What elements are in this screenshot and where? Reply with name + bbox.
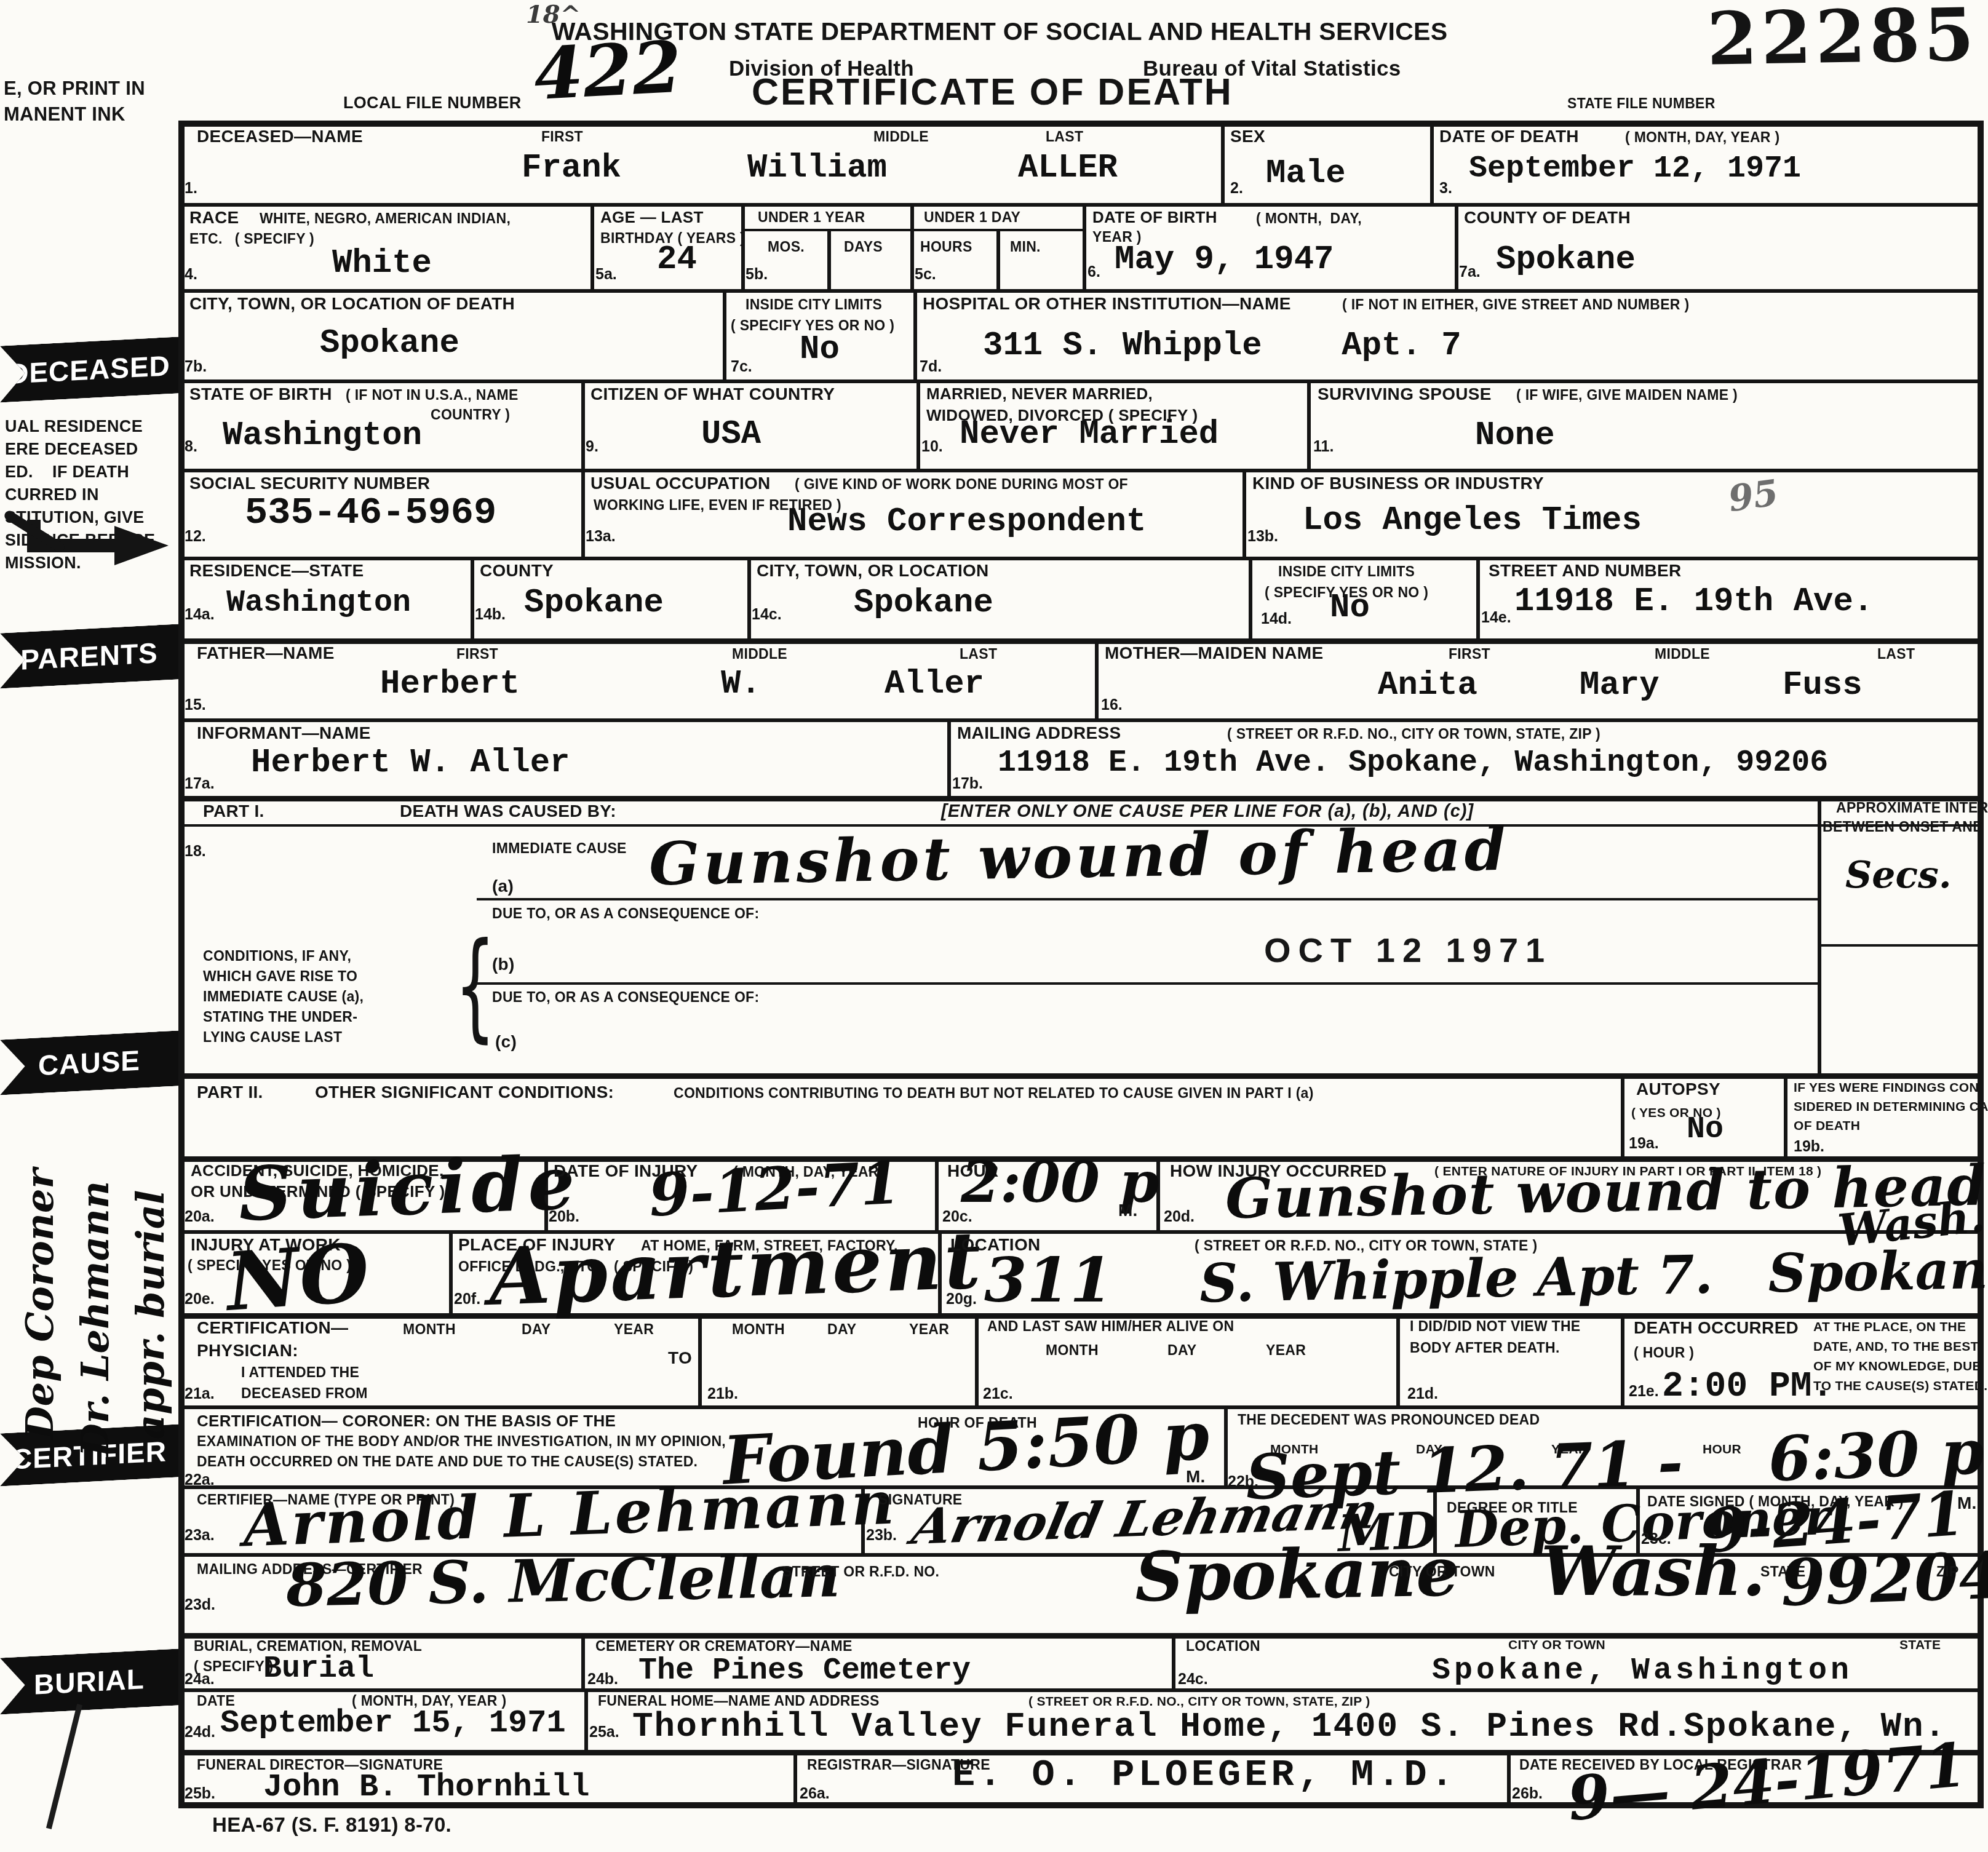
- item-14a-number: 14a.: [185, 606, 215, 624]
- business-scribble: 95: [1726, 472, 1781, 520]
- state-of-birth-paren-2: COUNTRY ): [431, 407, 510, 423]
- father-middle-label: MIDDLE: [732, 646, 787, 662]
- viewed-body-label-2: BODY AFTER DEATH.: [1410, 1340, 1560, 1356]
- due-to-label-2: DUE TO, OR AS A CONSEQUENCE OF:: [492, 989, 759, 1006]
- part2-osc-label: OTHER SIGNIFICANT CONDITIONS:: [315, 1083, 614, 1102]
- county-of-death-label: COUNTY OF DEATH: [1464, 208, 1631, 228]
- certifier-street-value: 820 S. McClellan: [285, 1542, 841, 1620]
- findings-note-line: IF YES WERE FINDINGS CON-: [1794, 1078, 1988, 1097]
- hour-of-death-m-label: M.: [1186, 1467, 1206, 1487]
- months-label: MOS.: [768, 239, 805, 255]
- minutes-label: MIN.: [1010, 239, 1041, 255]
- age-label: AGE — LAST: [600, 208, 704, 227]
- certifier-city-label: CITY OR TOWN: [1389, 1564, 1495, 1580]
- month-header-21b: MONTH: [732, 1321, 785, 1338]
- conditions-note-line: WHICH GAVE RISE TO: [203, 966, 364, 987]
- item-5a-number: 5a.: [595, 266, 617, 284]
- tab-deceased: DECEASED: [0, 336, 178, 402]
- tab-burial-label: BURIAL: [34, 1662, 145, 1701]
- state-of-birth-paren-1: ( IF NOT IN U.S.A., NAME: [346, 387, 519, 403]
- first-label: FIRST: [541, 129, 583, 145]
- mother-last-value: Fuss: [1783, 667, 1863, 704]
- item-21d-number: 21d.: [1407, 1385, 1438, 1403]
- item-21c-number: 21c.: [983, 1385, 1013, 1403]
- item-20a-number: 20a.: [185, 1208, 215, 1226]
- cert-coroner-label-3: DEATH OCCURRED ON THE DATE AND DUE TO TH…: [197, 1453, 698, 1470]
- autopsy-value: No: [1687, 1112, 1724, 1147]
- middle-name-value: William: [747, 149, 887, 187]
- hours-label: HOURS: [920, 239, 972, 255]
- margin-note-line: CURRED IN: [5, 483, 155, 506]
- tab-parents-label: PARENTS: [20, 636, 157, 677]
- item-14c-number: 14c.: [752, 606, 782, 624]
- burial-location-city-label: CITY OR TOWN: [1508, 1638, 1605, 1653]
- injury-location-value-1: 311: [984, 1244, 1113, 1316]
- informant-mailing-paren: ( STREET OR R.F.D. NO., CITY OR TOWN, ST…: [1227, 726, 1600, 742]
- father-middle-value: W.: [721, 666, 761, 703]
- state-file-number-value: 22285: [1706, 0, 1979, 82]
- item-25a-number: 25a.: [589, 1723, 619, 1741]
- mother-first-value: Anita: [1378, 667, 1477, 704]
- cert-coroner-label-2: EXAMINATION OF THE BODY AND/OR THE INVES…: [197, 1433, 726, 1450]
- tab-deceased-label: DECEASED: [8, 349, 170, 391]
- item-9-number: 9.: [586, 438, 598, 456]
- race-sublabel-2: ETC. ( SPECIFY ): [189, 231, 314, 247]
- mother-middle-label: MIDDLE: [1655, 646, 1710, 662]
- margin-handwriting-line3: appr. burial: [128, 1190, 173, 1439]
- date-of-death-paren: ( MONTH, DAY, YEAR ): [1625, 129, 1779, 146]
- informant-mailing-value: 11918 E. 19th Ave. Spokane, Washington, …: [998, 745, 1828, 781]
- mother-name-label: MOTHER—MAIDEN NAME: [1105, 643, 1323, 663]
- race-value: White: [332, 245, 432, 282]
- findings-note: IF YES WERE FINDINGS CON- SIDERED IN DET…: [1794, 1078, 1988, 1135]
- burial-location-label: LOCATION: [1186, 1638, 1260, 1655]
- item-5c-number: 5c.: [915, 266, 936, 284]
- item-7d-number: 7d.: [920, 358, 942, 376]
- tab-cause: CAUSE: [0, 1030, 178, 1095]
- hospital-paren: ( IF NOT IN EITHER, GIVE STREET AND NUMB…: [1342, 296, 1689, 313]
- margin-note-line: ERE DECEASED: [5, 438, 155, 461]
- item-13b-number: 13b.: [1247, 528, 1278, 546]
- item-14d-number: 14d.: [1261, 610, 1292, 628]
- year-header-21a: YEAR: [614, 1321, 654, 1338]
- citizen-value: USA: [701, 416, 761, 453]
- city-of-death-label: CITY, TOWN, OR LOCATION OF DEATH: [189, 294, 515, 314]
- conditions-note-line: LYING CAUSE LAST: [203, 1027, 364, 1047]
- father-name-label: FATHER—NAME: [197, 643, 335, 663]
- findings-note-line: OF DEATH: [1794, 1116, 1988, 1135]
- registrar-signature-value: E. O. PLOEGER, M.D.: [952, 1753, 1457, 1797]
- certifier-state-value: Wash.: [1541, 1532, 1765, 1611]
- interval-a-value: Secs.: [1845, 854, 1952, 897]
- year-header-21b: YEAR: [909, 1321, 949, 1338]
- item-19b-number: 19b.: [1794, 1138, 1824, 1156]
- place-of-injury-value: Apartment: [488, 1214, 985, 1324]
- pencil-slash-icon: [46, 1704, 82, 1829]
- agency-title: WASHINGTON STATE DEPARTMENT OF SOCIAL AN…: [547, 17, 1452, 46]
- state-of-birth-label: STATE OF BIRTH: [189, 384, 332, 404]
- hospital-label: HOSPITAL OR OTHER INSTITUTION—NAME: [923, 294, 1291, 314]
- interval-label-2: BETWEEN ONSET AND DEATH: [1823, 819, 1988, 835]
- residence-county-value: Spokane: [524, 584, 664, 622]
- race-label: RACE: [189, 208, 239, 228]
- death-occurred-hour-paren: ( HOUR ): [1634, 1345, 1694, 1361]
- first-name-value: Frank: [522, 149, 621, 187]
- state-of-birth-value: Washington: [223, 417, 422, 455]
- day-header-21b: DAY: [827, 1321, 856, 1338]
- immediate-cause-label: IMMEDIATE CAUSE: [492, 840, 627, 857]
- residence-state-label: RESIDENCE—STATE: [189, 561, 364, 581]
- line-a-label: (a): [492, 876, 514, 896]
- date-of-death-label: DATE OF DEATH: [1439, 127, 1579, 146]
- item-21a-number: 21a.: [185, 1385, 215, 1403]
- funeral-home-value: Thornhill Valley Funeral Home, 1400 S. P…: [632, 1707, 1946, 1746]
- item-4-number: 4.: [185, 266, 197, 284]
- local-file-number-label: LOCAL FILE NUMBER: [343, 93, 522, 113]
- date-of-birth-label: DATE OF BIRTH: [1092, 208, 1217, 227]
- item-7a-number: 7a.: [1459, 263, 1481, 281]
- sex-value: Male: [1266, 155, 1346, 193]
- business-value: Los Angeles Times: [1303, 502, 1642, 539]
- spouse-label: SURVIVING SPOUSE: [1318, 384, 1492, 404]
- father-first-label: FIRST: [456, 646, 498, 662]
- item-6-number: 6.: [1087, 263, 1100, 281]
- city-of-death-value: Spokane: [320, 325, 459, 362]
- residence-arrow-icon: [18, 520, 175, 570]
- certificate-title: CERTIFICATE OF DEATH: [752, 70, 1233, 113]
- under-1-day-label: UNDER 1 DAY: [924, 209, 1020, 226]
- death-occurred-note-line: OF MY KNOWLEDGE, DUE: [1813, 1357, 1987, 1377]
- certifier-zip-label: ZIP: [1936, 1564, 1959, 1580]
- sex-label: SEX: [1230, 127, 1265, 146]
- findings-note-line: SIDERED IN DETERMINING CAUSE: [1794, 1097, 1988, 1116]
- cert-physician-label-2: PHYSICIAN:: [197, 1341, 298, 1361]
- residence-icl-label: INSIDE CITY LIMITS: [1278, 563, 1415, 580]
- informant-value: Herbert W. Aller: [251, 744, 570, 782]
- month-header-21a: MONTH: [403, 1321, 456, 1338]
- manner-value: Suicide: [237, 1139, 581, 1238]
- hospital-value: 311 S. Whipple Apt. 7: [983, 327, 1461, 365]
- cert-coroner-label-1: CERTIFICATION— CORONER: ON THE BASIS OF …: [197, 1412, 616, 1431]
- father-last-value: Aller: [885, 666, 984, 703]
- part1-label: PART I.: [203, 801, 264, 821]
- to-label: TO: [668, 1348, 692, 1368]
- father-first-value: Herbert: [380, 666, 520, 703]
- injury-at-work-value: NO: [223, 1225, 372, 1329]
- item-14b-number: 14b.: [475, 606, 506, 624]
- item-11-number: 11.: [1313, 438, 1334, 456]
- marital-value: Never Married: [960, 416, 1219, 453]
- item-20g-number: 20g.: [946, 1290, 977, 1308]
- death-occurred-note-line: AT THE PLACE, ON THE: [1813, 1317, 1987, 1337]
- cert-physician-from: DECEASED FROM: [241, 1385, 368, 1402]
- item-7c-number: 7c.: [731, 358, 752, 376]
- margin-handwriting-line2: Dr. Lehmann: [73, 1181, 117, 1457]
- item-24d-number: 24d.: [185, 1723, 215, 1741]
- item-24b-number: 24b.: [587, 1671, 618, 1688]
- days-label: DAYS: [844, 239, 883, 255]
- item-19a-number: 19a.: [1629, 1135, 1659, 1153]
- item-20b-number: 20b.: [549, 1208, 579, 1226]
- residence-county-label: COUNTY: [480, 561, 554, 581]
- item-1-number: 1.: [185, 180, 197, 197]
- item-20d-number: 20d.: [1164, 1208, 1195, 1226]
- item-25b-number: 25b.: [185, 1785, 215, 1803]
- form-number: HEA-67 (S. F. 8191) 8-70.: [212, 1813, 451, 1837]
- marital-label-1: MARRIED, NEVER MARRIED,: [926, 384, 1153, 403]
- inside-city-limits-label: INSIDE CITY LIMITS: [745, 296, 882, 313]
- margin-note-line: UAL RESIDENCE: [5, 415, 155, 438]
- item-18-number: 18.: [185, 843, 206, 860]
- father-last-label: LAST: [960, 646, 997, 662]
- viewed-body-label-1: I DID/DID NOT VIEW THE: [1410, 1318, 1581, 1335]
- item-17a-number: 17a.: [185, 775, 215, 793]
- cert-physician-attended: I ATTENDED THE: [241, 1364, 359, 1381]
- burial-value: Burial: [263, 1651, 374, 1687]
- part2-label: PART II.: [197, 1083, 263, 1102]
- death-occurred-label: DEATH OCCURRED: [1634, 1318, 1799, 1338]
- item-13a-number: 13a.: [586, 528, 616, 546]
- last-saw-label: AND LAST SAW HIM/HER ALIVE ON: [987, 1318, 1234, 1335]
- received-date-stamp: OCT 12 1971: [1264, 930, 1552, 970]
- residence-street-value: 11918 E. 19th Ave.: [1514, 583, 1873, 621]
- item-26b-number: 26b.: [1512, 1785, 1543, 1803]
- item-21b-number: 21b.: [707, 1385, 738, 1403]
- tab-parents: PARENTS: [0, 624, 178, 688]
- inside-city-limits-value: No: [800, 331, 840, 368]
- item-15-number: 15.: [185, 696, 206, 714]
- month-header-21c: MONTH: [1046, 1342, 1099, 1359]
- death-occurred-note-line: DATE, AND, TO THE BEST: [1813, 1337, 1987, 1357]
- item-17b-number: 17b.: [952, 775, 983, 793]
- margin-note-line: ED. IF DEATH: [5, 461, 155, 483]
- residence-city-value: Spokane: [854, 584, 993, 622]
- year-header-21c: YEAR: [1266, 1342, 1306, 1359]
- funeral-director-value: John B. Thornhill: [263, 1769, 590, 1805]
- state-file-number-label: STATE FILE NUMBER: [1567, 95, 1716, 112]
- death-certificate-page: 18^ WASHINGTON STATE DEPARTMENT OF SOCIA…: [0, 0, 1988, 1852]
- mother-middle-value: Mary: [1580, 667, 1660, 704]
- occupation-value: News Correspondent: [787, 503, 1146, 541]
- margin-handwriting-line1: Dep Coroner: [17, 1169, 62, 1439]
- burial-location-value: Spokane, Washington: [1432, 1653, 1853, 1688]
- item-20f-number: 20f.: [454, 1290, 480, 1308]
- residence-state-value: Washington: [226, 586, 411, 621]
- day-header-21a: DAY: [522, 1321, 551, 1338]
- county-of-death-value: Spokane: [1496, 241, 1636, 279]
- deceased-name-label: DECEASED—NAME: [197, 127, 363, 146]
- autopsy-label: AUTOPSY: [1636, 1079, 1720, 1099]
- occupation-paren-1: ( GIVE KIND OF WORK DONE DURING MOST OF: [795, 476, 1128, 493]
- item-26a-number: 26a.: [800, 1785, 830, 1803]
- item-24c-number: 24c.: [1178, 1671, 1208, 1688]
- race-sublabel-1: WHITE, NEGRO, AMERICAN INDIAN,: [260, 210, 511, 227]
- age-value: 24: [657, 241, 697, 279]
- conditions-brace: {: [455, 918, 495, 1054]
- item-23d-number: 23d.: [185, 1596, 215, 1614]
- item-10-number: 10.: [921, 438, 943, 456]
- day-header-21c: DAY: [1167, 1342, 1196, 1359]
- item-14e-number: 14e.: [1481, 609, 1511, 627]
- item-21e-number: 21e.: [1629, 1383, 1659, 1401]
- spouse-paren: ( IF WIFE, GIVE MAIDEN NAME ): [1516, 387, 1738, 403]
- conditions-note-line: IMMEDIATE CAUSE (a),: [203, 987, 364, 1007]
- ssn-value: 535-46-5969: [245, 491, 496, 535]
- middle-label: MIDDLE: [873, 129, 929, 145]
- due-to-label-1: DUE TO, OR AS A CONSEQUENCE OF:: [492, 905, 759, 922]
- line-c-label: (c): [495, 1032, 517, 1052]
- date-of-birth-paren-1: ( MONTH, DAY,: [1256, 210, 1362, 227]
- part1-caused-by-label: DEATH WAS CAUSED BY:: [400, 801, 616, 821]
- margin-instruction-line2: MANENT INK: [4, 103, 125, 125]
- item-23b-number: 23b.: [866, 1527, 897, 1544]
- conditions-note-line: STATING THE UNDER-: [203, 1007, 364, 1027]
- item-2-number: 2.: [1230, 180, 1243, 197]
- last-name-value: ALLER: [1018, 149, 1118, 187]
- mother-last-label: LAST: [1877, 646, 1915, 662]
- part2-osc-sublabel: CONDITIONS CONTRIBUTING TO DEATH BUT NOT…: [674, 1085, 1314, 1102]
- tab-cause-label: CAUSE: [38, 1044, 140, 1083]
- local-file-number-value: 422: [532, 26, 684, 116]
- date-of-death-value: September 12, 1971: [1469, 151, 1801, 186]
- business-label: KIND OF BUSINESS OR INDUSTRY: [1252, 474, 1544, 493]
- item-3-number: 3.: [1439, 180, 1452, 197]
- death-occurred-note-line: TO THE CAUSE(S) STATED.: [1813, 1377, 1987, 1396]
- cemetery-label: CEMETERY OR CREMATORY—NAME: [595, 1638, 853, 1655]
- item-8-number: 8.: [185, 438, 197, 456]
- citizen-label: CITIZEN OF WHAT COUNTRY: [590, 384, 835, 404]
- pronounced-dead-label: THE DECEDENT WAS PRONOUNCED DEAD: [1238, 1412, 1540, 1428]
- item-5b-number: 5b.: [745, 266, 768, 284]
- death-occurred-note: AT THE PLACE, ON THE DATE, AND, TO THE B…: [1813, 1317, 1987, 1396]
- burial-date-value: September 15, 1971: [220, 1705, 566, 1741]
- item-20e-number: 20e.: [185, 1290, 215, 1308]
- burial-location-state-label: STATE: [1899, 1638, 1941, 1653]
- conditions-note-line: CONDITIONS, IF ANY,: [203, 946, 364, 966]
- spouse-value: None: [1475, 417, 1555, 455]
- tab-burial: BURIAL: [0, 1648, 178, 1714]
- interval-label-1: APPROXIMATE INTERVAL: [1836, 800, 1988, 816]
- occupation-label: USUAL OCCUPATION: [590, 474, 771, 493]
- item-12-number: 12.: [185, 528, 206, 546]
- informant-label: INFORMANT—NAME: [197, 723, 371, 743]
- last-label: LAST: [1046, 129, 1083, 145]
- mother-first-label: FIRST: [1449, 646, 1490, 662]
- residence-street-label: STREET AND NUMBER: [1489, 561, 1682, 581]
- informant-mailing-label: MAILING ADDRESS: [957, 723, 1121, 743]
- item-22a-number: 22a.: [185, 1471, 215, 1489]
- item-16-number: 16.: [1101, 696, 1123, 714]
- item-24a-number: 24a.: [185, 1671, 215, 1688]
- cemetery-value: The Pines Cemetery: [638, 1653, 971, 1688]
- residence-icl-value: No: [1330, 589, 1370, 627]
- hour-of-injury-m-label: M.: [1118, 1201, 1138, 1220]
- under-1-year-label: UNDER 1 YEAR: [758, 209, 865, 226]
- residence-city-label: CITY, TOWN, OR LOCATION: [757, 561, 989, 581]
- death-hour-value: 2:00 PM.: [1662, 1367, 1833, 1407]
- item-23a-number: 23a.: [185, 1527, 215, 1544]
- item-7b-number: 7b.: [185, 358, 207, 376]
- certifier-street-label: STREET OR R.F.D. NO.: [782, 1564, 939, 1580]
- margin-instruction-line1: E, OR PRINT IN: [4, 77, 145, 100]
- conditions-note: CONDITIONS, IF ANY, WHICH GAVE RISE TO I…: [203, 946, 364, 1047]
- cert-physician-label-1: CERTIFICATION—: [197, 1318, 348, 1338]
- date-of-birth-value: May 9, 1947: [1115, 241, 1334, 279]
